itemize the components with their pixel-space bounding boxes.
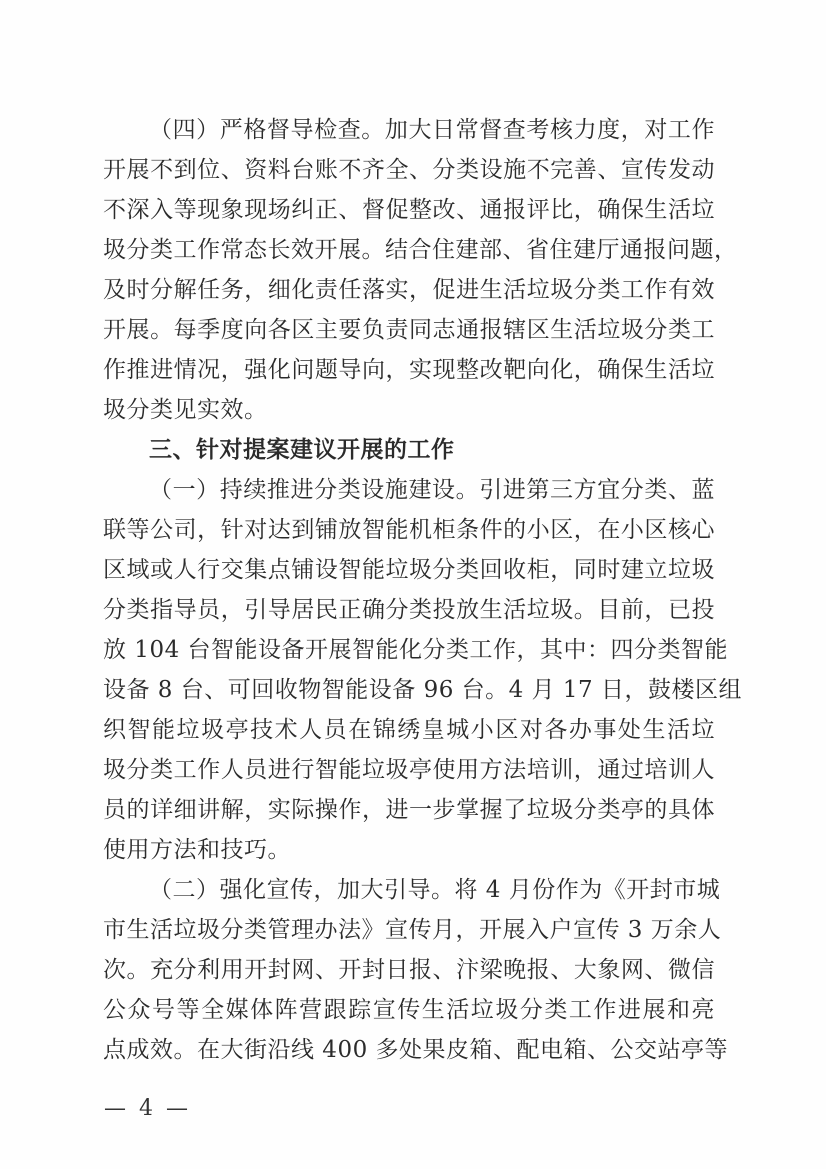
- text-line: 不深入等现象现场纠正、督促整改、通报评比，确保生活垃: [103, 190, 715, 230]
- text-line: 分类指导员，引导居民正确分类投放生活垃圾。目前，已投: [103, 590, 715, 630]
- text-line: 放 104 台智能设备开展智能化分类工作，其中：四分类智能: [103, 630, 715, 670]
- page-number: — 4 —: [104, 1096, 191, 1121]
- text-line: 及时分解任务，细化责任落实，促进生活垃圾分类工作有效: [103, 270, 715, 310]
- text-line: （一）持续推进分类设施建设。引进第三方宜分类、蓝: [103, 470, 715, 510]
- text-line: 员的详细讲解，实际操作，进一步掌握了垃圾分类亭的具体: [103, 790, 715, 830]
- text-line: 开展。每季度向各区主要负责同志通报辖区生活垃圾分类工: [103, 310, 715, 350]
- text-line: 市生活垃圾分类管理办法》宣传月，开展入户宣传 3 万余人: [103, 910, 715, 950]
- text-line: 圾分类工作人员进行智能垃圾亭使用方法培训，通过培训人: [103, 750, 715, 790]
- text-line: 圾分类见实效。: [103, 390, 715, 430]
- document-page: （四）严格督导检查。加大日常督查考核力度，对工作 开展不到位、资料台账不齐全、分…: [0, 0, 826, 1169]
- text-line: 点成效。在大街沿线 400 多处果皮箱、配电箱、公交站亭等: [103, 1030, 715, 1070]
- document-body: （四）严格督导检查。加大日常督查考核力度，对工作 开展不到位、资料台账不齐全、分…: [103, 110, 715, 1070]
- text-line: 使用方法和技巧。: [103, 830, 715, 870]
- text-line: 设备 8 台、可回收物智能设备 96 台。4 月 17 日，鼓楼区组: [103, 670, 715, 710]
- text-line: 作推进情况，强化问题导向，实现整改靶向化，确保生活垃: [103, 350, 715, 390]
- text-line: 开展不到位、资料台账不齐全、分类设施不完善、宣传发动: [103, 150, 715, 190]
- section-heading: 三、针对提案建议开展的工作: [103, 430, 715, 470]
- text-line: 联等公司，针对达到铺放智能机柜条件的小区，在小区核心: [103, 510, 715, 550]
- text-line: （二）强化宣传，加大引导。将 4 月份作为《开封市城: [103, 870, 715, 910]
- text-line: 公众号等全媒体阵营跟踪宣传生活垃圾分类工作进展和亮: [103, 990, 715, 1030]
- text-line: （四）严格督导检查。加大日常督查考核力度，对工作: [103, 110, 715, 150]
- text-line: 区域或人行交集点铺设智能垃圾分类回收柜，同时建立垃圾: [103, 550, 715, 590]
- text-line: 次。充分利用开封网、开封日报、汴梁晚报、大象网、微信: [103, 950, 715, 990]
- text-line: 圾分类工作常态长效开展。结合住建部、省住建厅通报问题，: [103, 230, 715, 270]
- text-line: 织智能垃圾亭技术人员在锦绣皇城小区对各办事处生活垃: [103, 710, 715, 750]
